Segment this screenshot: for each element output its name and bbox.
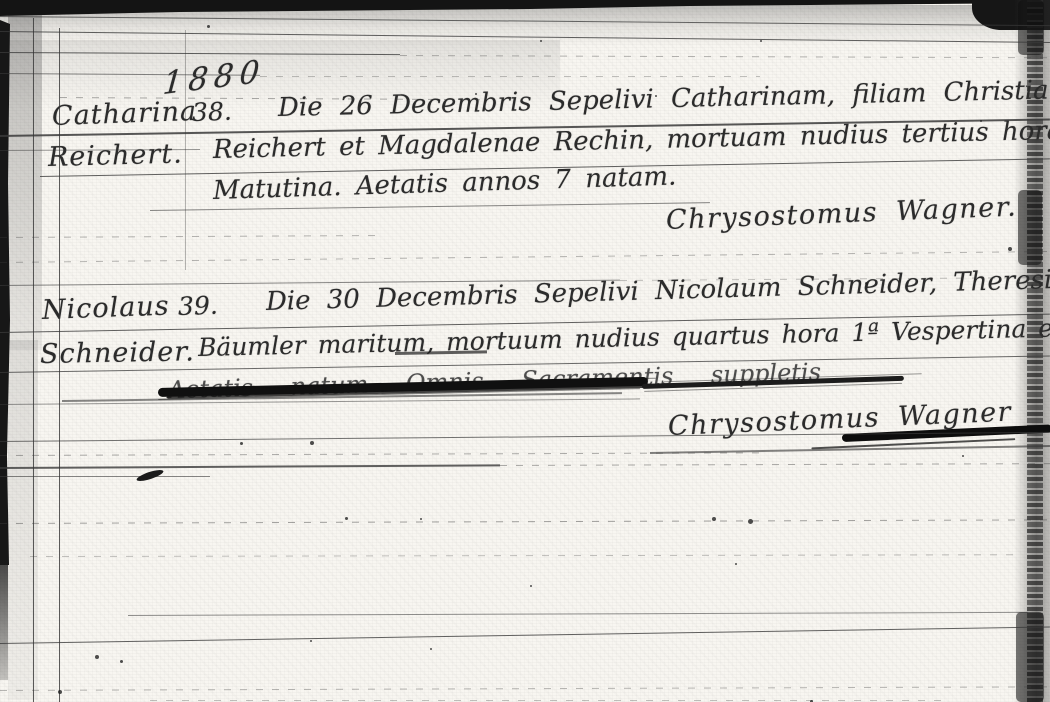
ink-speck bbox=[420, 518, 422, 520]
ruled-line bbox=[128, 612, 1028, 616]
entry1-priest-signature: Chrysostomus Wagner. bbox=[665, 192, 1017, 236]
ink-speck bbox=[712, 517, 716, 521]
ink-speck bbox=[962, 455, 964, 457]
left-edge-shadow bbox=[0, 560, 8, 680]
ruled-line bbox=[260, 76, 760, 77]
ink-speck bbox=[310, 441, 314, 445]
scanned-register-page: 1880 Catharina 38. Die 26 Decembris Sepe… bbox=[0, 0, 1050, 702]
ink-speck bbox=[748, 519, 753, 524]
ink-speck bbox=[475, 93, 477, 95]
ruled-line bbox=[0, 464, 500, 468]
ink-speck bbox=[655, 95, 657, 97]
ruled-line bbox=[0, 251, 1050, 263]
ink-speck bbox=[865, 282, 868, 285]
ruled-line bbox=[0, 235, 380, 238]
right-edge-binding-shadow bbox=[1018, 0, 1044, 55]
vertical-rule bbox=[59, 28, 60, 702]
ink-speck bbox=[310, 640, 312, 642]
ruled-line bbox=[0, 686, 1050, 691]
ink-speck bbox=[760, 40, 762, 42]
ink-speck bbox=[530, 585, 532, 587]
vertical-rule bbox=[185, 30, 186, 270]
entry1-margin-given-name: Catharina bbox=[51, 96, 197, 132]
right-edge-binding-shadow bbox=[1016, 612, 1044, 702]
ruled-line bbox=[500, 463, 1050, 466]
ruled-line bbox=[0, 476, 210, 477]
ruled-line bbox=[0, 452, 760, 456]
entry2-text-line2: Bäumler maritum, mortuum nudius quartus … bbox=[198, 310, 1050, 362]
ruled-line bbox=[30, 554, 1020, 557]
entry2-margin-given-name: Nicolaus bbox=[41, 291, 170, 326]
entry2-margin-surname: Schneider. bbox=[40, 336, 195, 370]
ruled-line bbox=[0, 519, 1050, 524]
ink-speck bbox=[240, 442, 243, 445]
ink-speck bbox=[345, 517, 348, 520]
entry2-number: 39. bbox=[177, 291, 218, 321]
ink-speck bbox=[540, 40, 542, 42]
entry1-number: 38. bbox=[191, 97, 232, 127]
ink-speck bbox=[207, 25, 210, 28]
ink-speck bbox=[735, 563, 737, 565]
ink-speck bbox=[430, 648, 432, 650]
vertical-rule bbox=[33, 18, 34, 702]
ruled-line bbox=[0, 627, 1050, 645]
ink-speck bbox=[120, 660, 123, 663]
ruled-line bbox=[150, 700, 950, 701]
ink-speck bbox=[58, 690, 62, 694]
entry1-margin-surname: Reichert. bbox=[48, 138, 184, 173]
ink-speck bbox=[95, 655, 99, 659]
entry1-text-line2: Reichert et Magdalenae Rechin, mortuam n… bbox=[213, 115, 1050, 165]
ink-speck bbox=[980, 120, 982, 122]
entry2-text-line1: Die 30 Decembris Sepelivi Nicolaum Schne… bbox=[266, 264, 1050, 317]
ink-speck bbox=[1008, 247, 1012, 251]
right-edge-binding-shadow bbox=[1018, 190, 1042, 265]
